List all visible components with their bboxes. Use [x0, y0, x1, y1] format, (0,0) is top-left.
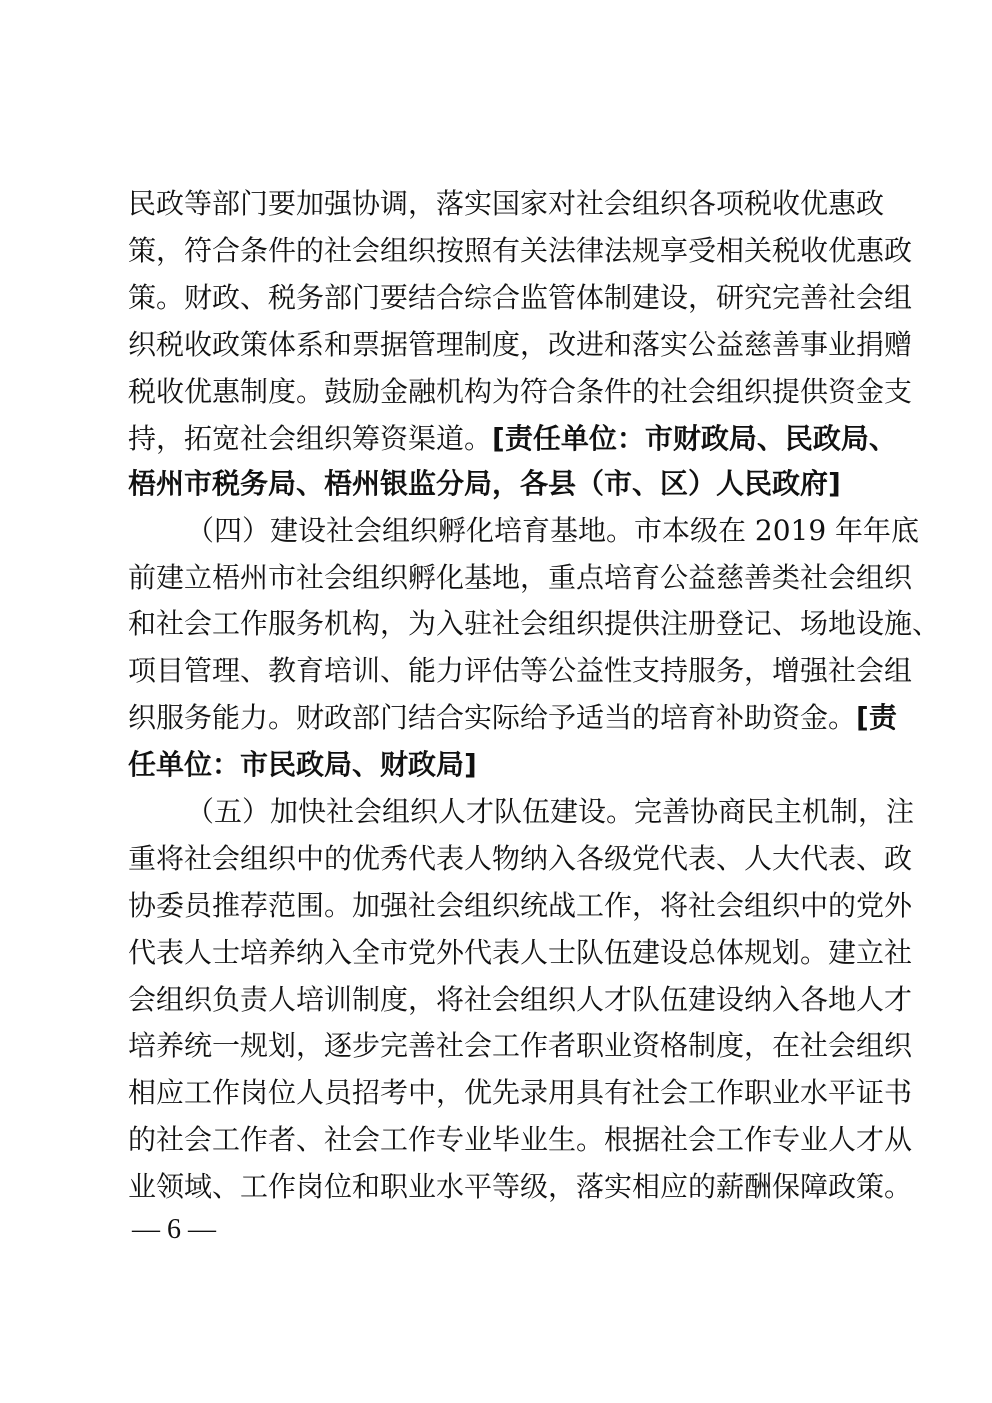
paragraph-line: 策。财政、税务部门要结合综合监管体制建设，研究完善社会组 [128, 278, 864, 318]
paragraph-line: 税收优惠制度。鼓励金融机构为符合条件的社会组织提供资金支 [128, 372, 864, 412]
paragraph-line: 相应工作岗位人员招考中，优先录用具有社会工作职业水平证书 [128, 1073, 864, 1113]
paragraph-line: 民政等部门要加强协调，落实国家对社会组织各项税收优惠政 [128, 184, 864, 224]
section-heading-line: （四）建设社会组织孵化培育基地。市本级在 2019 年年底 [186, 511, 864, 551]
responsibility-note: 任单位：市民政局、财政局] [128, 748, 477, 781]
responsibility-note: 梧州市税务局、梧州银监分局，各县（市、区）人民政府] [128, 467, 841, 500]
paragraph-line: 织税收政策体系和票据管理制度，改进和落实公益慈善事业捐赠 [128, 325, 864, 365]
section-heading-line: （五）加快社会组织人才队伍建设。完善协商民主机制，注 [186, 792, 864, 832]
paragraph-line: 业领域、工作岗位和职业水平等级，落实相应的薪酬保障政策。 [128, 1167, 864, 1207]
paragraph-line: 的社会工作者、社会工作专业毕业生。根据社会工作专业人才从 [128, 1120, 864, 1160]
paragraph-line: 重将社会组织中的优秀代表人物纳入各级党代表、人大代表、政 [128, 839, 864, 879]
paragraph-line: 和社会工作服务机构，为入驻社会组织提供注册登记、场地设施、 [128, 604, 864, 644]
paragraph-line: 织服务能力。财政部门结合实际给予适当的培育补助资金。[责 [128, 698, 864, 738]
responsibility-note: [责任单位：市财政局、民政局、 [492, 422, 897, 455]
body-text: 持，拓宽社会组织筹资渠道。 [128, 422, 492, 455]
responsibility-note-line: 任单位：市民政局、财政局] [128, 745, 864, 785]
document-page: 民政等部门要加强协调，落实国家对社会组织各项税收优惠政 策，符合条件的社会组织按… [0, 0, 992, 1403]
paragraph-line: 代表人士培养纳入全市党外代表人士队伍建设总体规划。建立社 [128, 933, 864, 973]
paragraph-line: 前建立梧州市社会组织孵化基地，重点培育公益慈善类社会组织 [128, 558, 864, 598]
paragraph-line: 项目管理、教育培训、能力评估等公益性支持服务，增强社会组 [128, 651, 864, 691]
paragraph-line: 协委员推荐范围。加强社会组织统战工作，将社会组织中的党外 [128, 886, 864, 926]
body-text: 织服务能力。财政部门结合实际给予适当的培育补助资金。 [128, 701, 856, 734]
responsibility-note-line: 梧州市税务局、梧州银监分局，各县（市、区）人民政府] [128, 464, 864, 504]
paragraph-line: 培养统一规划，逐步完善社会工作者职业资格制度，在社会组织 [128, 1026, 864, 1066]
paragraph-line: 会组织负责人培训制度，将社会组织人才队伍建设纳入各地人才 [128, 980, 864, 1020]
page-number: — 6 — [132, 1210, 216, 1250]
responsibility-note: [责 [856, 701, 897, 734]
paragraph-line: 策，符合条件的社会组织按照有关法律法规享受相关税收优惠政 [128, 231, 864, 271]
paragraph-line: 持，拓宽社会组织筹资渠道。[责任单位：市财政局、民政局、 [128, 419, 864, 459]
